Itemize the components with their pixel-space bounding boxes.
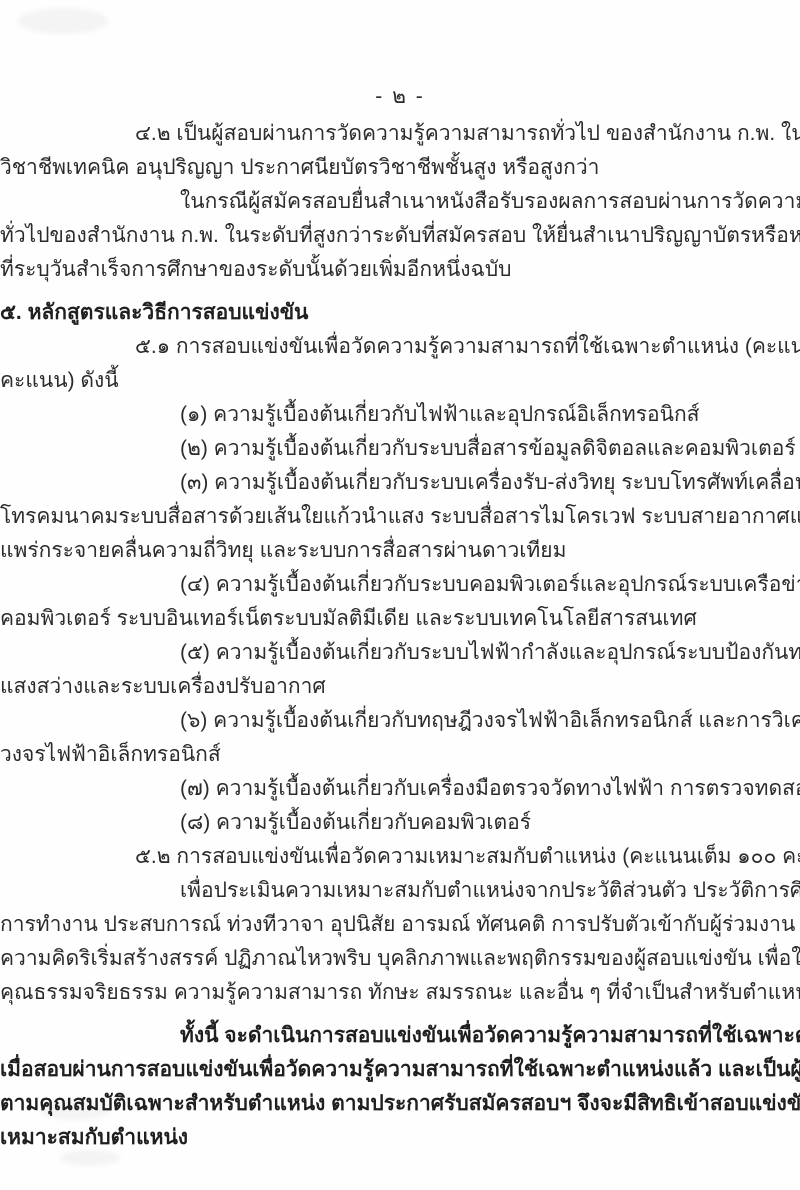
document-page: - ๒ - ๔.๒ เป็นผู้สอบผ่านการวัดความรู้ควา… (0, 0, 800, 1190)
text-line: ตามคุณสมบัติเฉพาะสำหรับตำแหน่ง ตามประกาศ… (0, 1087, 800, 1121)
text-line: วงจรไฟฟ้าอิเล็กทรอนิกส์ (0, 738, 800, 772)
text-line: ความคิดริเริ่มสร้างสรรค์ ปฏิภาณไหวพริบ บ… (0, 942, 800, 976)
text-line: การทำงาน ประสบการณ์ ท่วงทีวาจา อุปนิสัย … (0, 908, 800, 942)
text-line: (๓) ความรู้เบื้องต้นเกี่ยวกับระบบเครื่อง… (180, 466, 800, 500)
text-line: เมื่อสอบผ่านการสอบแข่งขันเพื่อวัดความรู้… (0, 1053, 800, 1087)
text-line: ๕. หลักสูตรและวิธีการสอบแข่งขัน (0, 296, 800, 330)
text-line: ๕.๒ การสอบแข่งขันเพื่อวัดความเหมาะสมกับต… (135, 840, 800, 874)
text-line: (๕) ความรู้เบื้องต้นเกี่ยวกับระบบไฟฟ้ากำ… (180, 636, 800, 670)
text-line: เพื่อประเมินความเหมาะสมกับตำแหน่งจากประว… (180, 874, 800, 908)
text-line: วิชาชีพเทคนิค อนุปริญญา ประกาศนียบัตรวิช… (0, 151, 800, 185)
page-number: - ๒ - (0, 80, 800, 114)
text-line: (๑) ความรู้เบื้องต้นเกี่ยวกับไฟฟ้าและอุป… (180, 398, 800, 432)
text-line: คุณธรรมจริยธรรม ความรู้ความสามารถ ทักษะ … (0, 976, 800, 1010)
text-line: คะแนน) ดังนี้ (0, 364, 800, 398)
document-body: ๔.๒ เป็นผู้สอบผ่านการวัดความรู้ความสามาร… (0, 117, 800, 1155)
text-line: (๔) ความรู้เบื้องต้นเกี่ยวกับระบบคอมพิวเ… (180, 568, 800, 602)
text-line: แพร่กระจายคลื่นความถี่วิทยุ และระบบการสื… (0, 534, 800, 568)
text-line: ๕.๑ การสอบแข่งขันเพื่อวัดความรู้ความสามา… (135, 330, 800, 364)
text-line: เหมาะสมกับตำแหน่ง (0, 1121, 800, 1155)
text-line: ทั้งนี้ จะดำเนินการสอบแข่งขันเพื่อวัดควา… (180, 1019, 800, 1053)
text-line: (๒) ความรู้เบื้องต้นเกี่ยวกับระบบสื่อสาร… (180, 432, 800, 466)
text-line: (๘) ความรู้เบื้องต้นเกี่ยวกับคอมพิวเตอร์ (180, 806, 800, 840)
text-line: (๖) ความรู้เบื้องต้นเกี่ยวกับทฤษฎีวงจรไฟ… (180, 704, 800, 738)
text-line: คอมพิวเตอร์ ระบบอินเทอร์เน็ตระบบมัลติมีเ… (0, 602, 800, 636)
text-line: ในกรณีผู้สมัครสอบยื่นสำเนาหนังสือรับรองผ… (180, 185, 800, 219)
text-line: (๗) ความรู้เบื้องต้นเกี่ยวกับเครื่องมือต… (180, 772, 800, 806)
text-line: โทรคมนาคมระบบสื่อสารด้วยเส้นใยแก้วนำแสง … (0, 500, 800, 534)
scan-smudge (18, 8, 108, 34)
text-line: ๔.๒ เป็นผู้สอบผ่านการวัดความรู้ความสามาร… (135, 117, 800, 151)
text-line: ทั่วไปของสำนักงาน ก.พ. ในระดับที่สูงกว่า… (0, 219, 800, 253)
text-line: ที่ระบุวันสำเร็จการศึกษาของระดับนั้นด้วย… (0, 253, 800, 287)
text-line: แสงสว่างและระบบเครื่องปรับอากาศ (0, 670, 800, 704)
